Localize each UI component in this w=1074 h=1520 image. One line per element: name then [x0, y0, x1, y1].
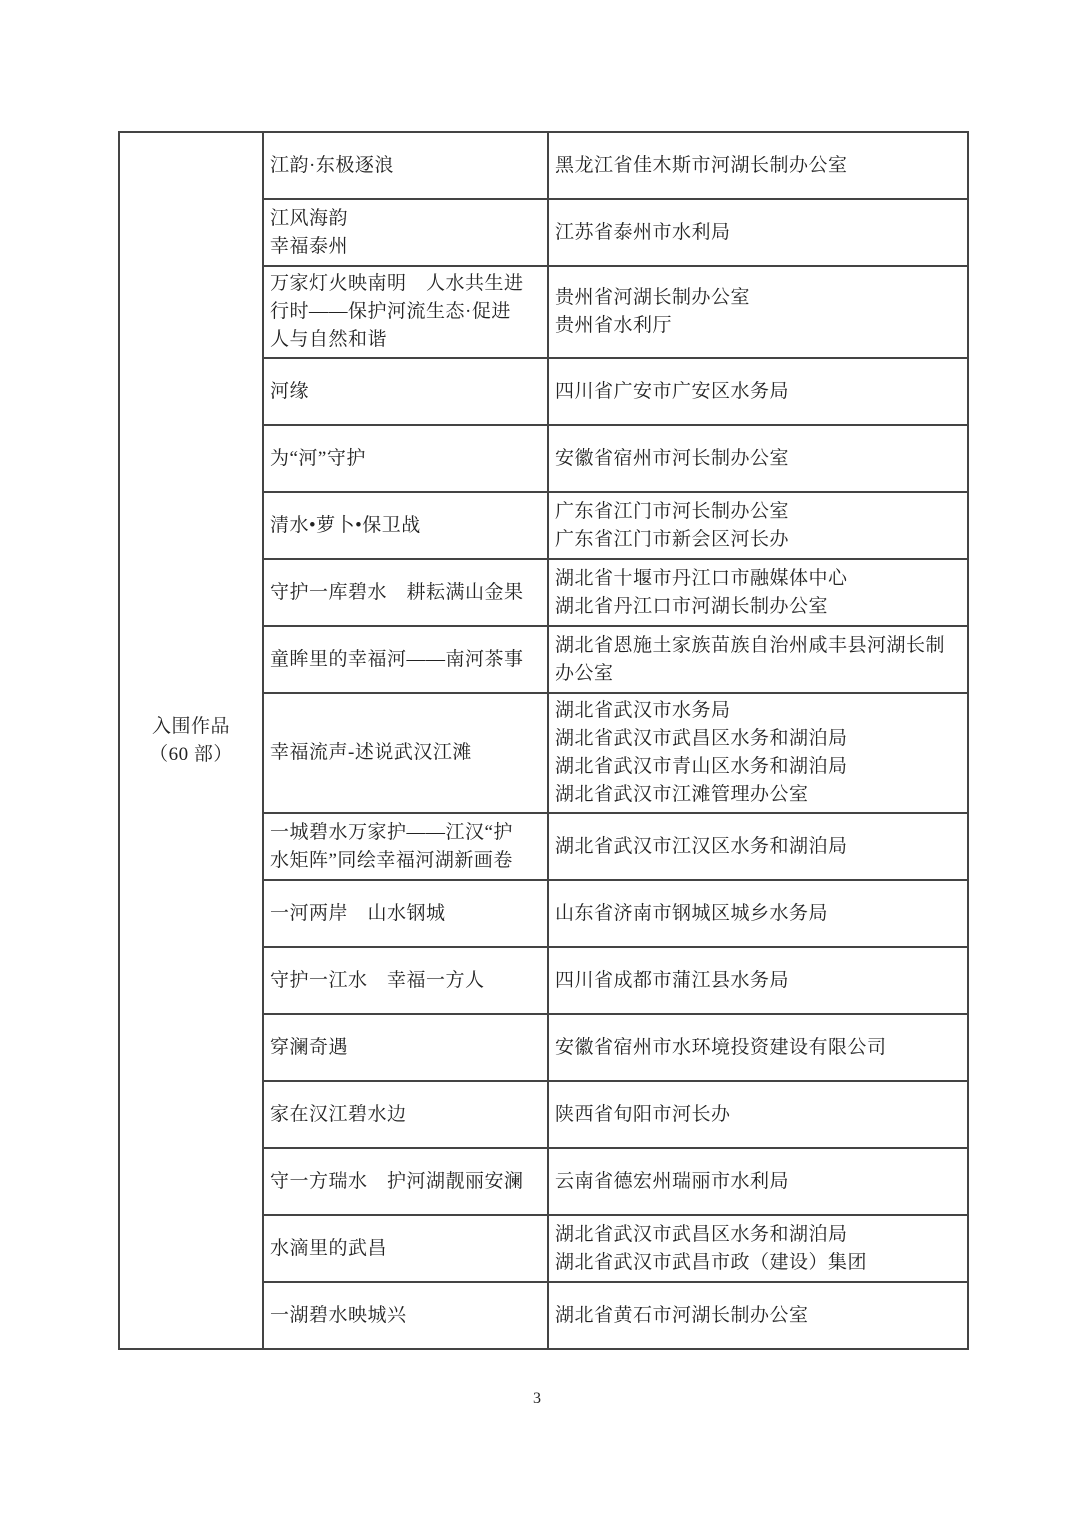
organization-cell: 湖北省武汉市水务局 湖北省武汉市武昌区水务和湖泊局 湖北省武汉市青山区水务和湖泊…: [548, 693, 968, 813]
work-title-cell: 江韵·东极逐浪: [263, 132, 548, 199]
organization-cell: 云南省德宏州瑞丽市水利局: [548, 1148, 968, 1215]
organization-cell: 四川省成都市蒲江县水务局: [548, 947, 968, 1014]
work-title-cell: 清水•萝卜•保卫战: [263, 492, 548, 559]
work-title-cell: 守护一库碧水 耕耘满山金果: [263, 559, 548, 626]
organization-cell: 黑龙江省佳木斯市河湖长制办公室: [548, 132, 968, 199]
organization-cell: 湖北省十堰市丹江口市融媒体中心 湖北省丹江口市河湖长制办公室: [548, 559, 968, 626]
work-title-cell: 水滴里的武昌: [263, 1215, 548, 1282]
work-title-cell: 一河两岸 山水钢城: [263, 880, 548, 947]
organization-cell: 湖北省黄石市河湖长制办公室: [548, 1282, 968, 1349]
work-title-cell: 万家灯火映南明 人水共生进 行时——保护河流生态·促进 人与自然和谐: [263, 266, 548, 358]
work-title-cell: 穿澜奇遇: [263, 1014, 548, 1081]
organization-cell: 四川省广安市广安区水务局: [548, 358, 968, 425]
category-cell: 入围作品 （60 部）: [119, 132, 263, 1349]
work-title-cell: 守一方瑞水 护河湖靓丽安澜: [263, 1148, 548, 1215]
organization-cell: 安徽省宿州市水环境投资建设有限公司: [548, 1014, 968, 1081]
work-title-cell: 一湖碧水映城兴: [263, 1282, 548, 1349]
organization-cell: 陕西省旬阳市河长办: [548, 1081, 968, 1148]
work-title-cell: 家在汉江碧水边: [263, 1081, 548, 1148]
organization-cell: 安徽省宿州市河长制办公室: [548, 425, 968, 492]
page-number: 3: [0, 1390, 1074, 1408]
organization-cell: 湖北省武汉市武昌区水务和湖泊局 湖北省武汉市武昌市政（建设）集团: [548, 1215, 968, 1282]
work-title-cell: 幸福流声-述说武汉江滩: [263, 693, 548, 813]
document-page: 入围作品 （60 部）江韵·东极逐浪黑龙江省佳木斯市河湖长制办公室江风海韵 幸福…: [0, 0, 1074, 1520]
work-title-cell: 童眸里的幸福河——南河茶事: [263, 626, 548, 693]
organization-cell: 贵州省河湖长制办公室 贵州省水利厅: [548, 266, 968, 358]
organization-cell: 湖北省恩施土家族苗族自治州咸丰县河湖长制 办公室: [548, 626, 968, 693]
work-title-cell: 为“河”守护: [263, 425, 548, 492]
organization-cell: 湖北省武汉市江汉区水务和湖泊局: [548, 813, 968, 880]
work-title-cell: 一城碧水万家护——江汉“护 水矩阵”同绘幸福河湖新画卷: [263, 813, 548, 880]
work-title-cell: 江风海韵 幸福泰州: [263, 199, 548, 266]
work-title-cell: 守护一江水 幸福一方人: [263, 947, 548, 1014]
shortlist-table-body: 入围作品 （60 部）江韵·东极逐浪黑龙江省佳木斯市河湖长制办公室江风海韵 幸福…: [119, 132, 968, 1349]
organization-cell: 广东省江门市河长制办公室 广东省江门市新会区河长办: [548, 492, 968, 559]
work-title-cell: 河缘: [263, 358, 548, 425]
organization-cell: 山东省济南市钢城区城乡水务局: [548, 880, 968, 947]
shortlist-table: 入围作品 （60 部）江韵·东极逐浪黑龙江省佳木斯市河湖长制办公室江风海韵 幸福…: [118, 131, 969, 1350]
table-row: 入围作品 （60 部）江韵·东极逐浪黑龙江省佳木斯市河湖长制办公室: [119, 132, 968, 199]
organization-cell: 江苏省泰州市水利局: [548, 199, 968, 266]
